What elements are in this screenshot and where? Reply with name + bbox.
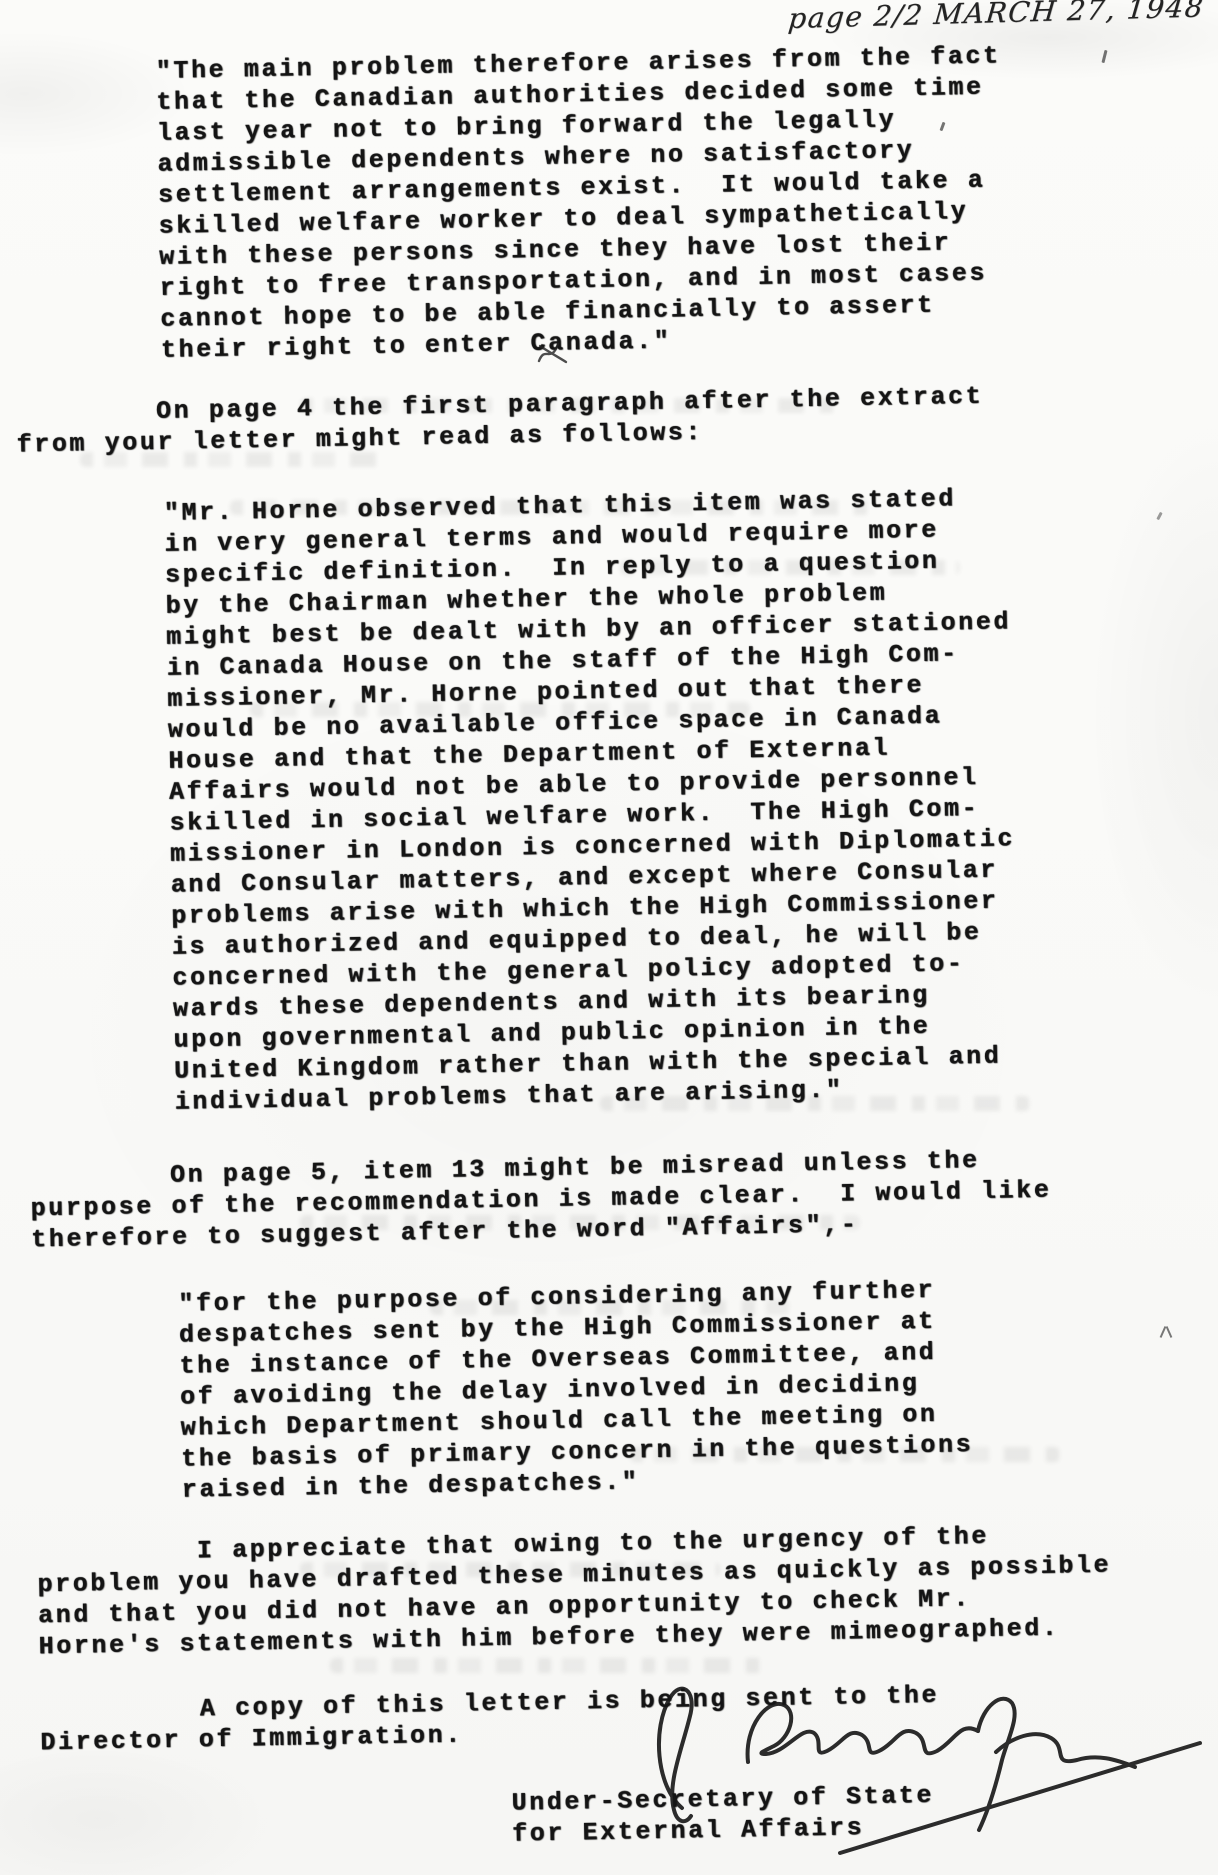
signature-stroke (659, 1689, 692, 1822)
caret-ink-mark (1160, 1326, 1172, 1336)
ink-scribble-stroke (539, 344, 566, 362)
paragraph-on-page-4: On page 4 the first paragraph after the … (16, 377, 1209, 461)
paragraph-on-page-5: On page 5, item 13 might be misread unle… (30, 1141, 1218, 1256)
quoted-paragraph-3: "for the purpose of considering any furt… (178, 1270, 1218, 1506)
quoted-paragraph-2: "Mr. Horne observed that this item was s… (164, 479, 1218, 1118)
typed-letter-content: - 2 - "The main problem therefore arises… (0, 0, 1218, 1859)
scanned-letter-page: { "header": { "page_number": "- 2 -", "h… (0, 0, 1218, 1875)
ink-scribble-mark (536, 340, 570, 366)
quoted-paragraph-1: "The main problem therefore arises from … (156, 37, 1208, 366)
signature-stroke (996, 1734, 1135, 1767)
signature-stroke (748, 1704, 978, 1762)
paragraph-appreciation: I appreciate that owing to the urgency o… (37, 1517, 1218, 1663)
handwritten-signature (598, 1642, 1218, 1872)
signature-stroke (840, 1743, 1200, 1853)
